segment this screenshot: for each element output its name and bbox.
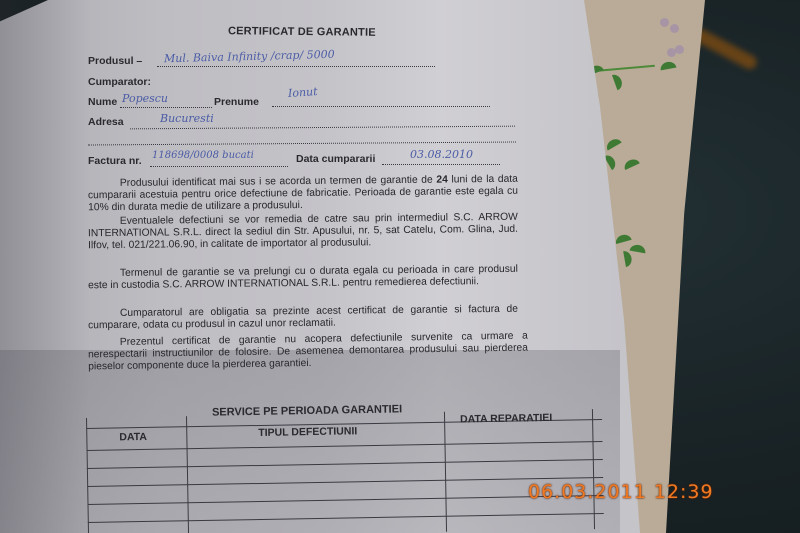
factura-label: Factura nr.: [88, 155, 142, 167]
column-header-data-reparatiei: DATA REPARATIEI: [460, 412, 552, 426]
factura-dotted-line: [150, 166, 288, 167]
cumparator-label: Cumparator:: [88, 76, 151, 88]
warranty-certificate: CERTIFICAT DE GARANTIE Produsul – Mul. B…: [0, 0, 800, 533]
table-border: [88, 513, 604, 523]
paragraph-text: Termenul de garantie se va prelungi cu o…: [88, 264, 518, 291]
data-cumpararii-label: Data cumpararii: [296, 153, 375, 165]
nume-handwritten-value: Popescu: [122, 92, 168, 105]
table-border: [592, 409, 595, 529]
prenume-label: Prenume: [214, 96, 259, 108]
adresa-label: Adresa: [88, 116, 124, 128]
prenume-dotted-line: [272, 106, 490, 107]
adresa-second-dotted-line: [88, 142, 516, 146]
produsul-handwritten-value: Mul. Baiva Infinity /crap/ 5000: [164, 48, 335, 65]
paragraph-exclusions: Prezentul certificat de garantie nu acop…: [88, 331, 529, 373]
camera-timestamp: 06.03.2011 12:39: [528, 481, 714, 503]
paragraph-text: Prezentul certificat de garantie nu acop…: [88, 331, 528, 373]
table-border: [86, 418, 89, 533]
produsul-dotted-line: [157, 66, 435, 67]
prenume-handwritten-value: Ionut: [288, 85, 318, 100]
data-cumpararii-handwritten-value: 03.08.2010: [410, 148, 473, 161]
paragraph-service-location: Eventualele defectiuni se vor remedia de…: [88, 212, 518, 252]
table-border: [444, 412, 447, 532]
nume-label: Nume: [88, 96, 117, 108]
column-header-data: DATA: [119, 431, 147, 443]
paragraph-text: Cumparatorul are obligatia sa prezinte a…: [88, 304, 518, 331]
service-table: DATA TIPUL DEFECTIUNII DATA REPARATIEI: [86, 409, 604, 533]
adresa-dotted-line: [130, 126, 515, 130]
table-border: [87, 477, 603, 487]
table-border: [88, 495, 604, 505]
document-title: CERTIFICAT DE GARANTIE: [228, 25, 376, 39]
column-header-tipul-defectiunii: TIPUL DEFECTIUNII: [258, 425, 357, 439]
produsul-label: Produsul –: [88, 55, 142, 67]
nume-dotted-line: [120, 107, 212, 108]
paragraph-extension: Termenul de garantie se va prelungi cu o…: [88, 264, 518, 292]
factura-handwritten-value: 118698/0008 bucati: [152, 150, 254, 161]
adresa-handwritten-value: Bucuresti: [160, 112, 214, 125]
table-border: [186, 416, 189, 533]
table-border: [87, 441, 603, 451]
paragraph-buyer-obligation: Cumparatorul are obligatia sa prezinte a…: [88, 304, 518, 332]
paragraph-warranty-term: Produsului identificat mai sus i se acor…: [88, 174, 518, 214]
warranty-months: 24: [436, 174, 448, 185]
table-border: [87, 459, 603, 469]
data-cumpararii-dotted-line: [382, 164, 500, 165]
paragraph-text: Eventualele defectiuni se vor remedia de…: [88, 212, 518, 251]
